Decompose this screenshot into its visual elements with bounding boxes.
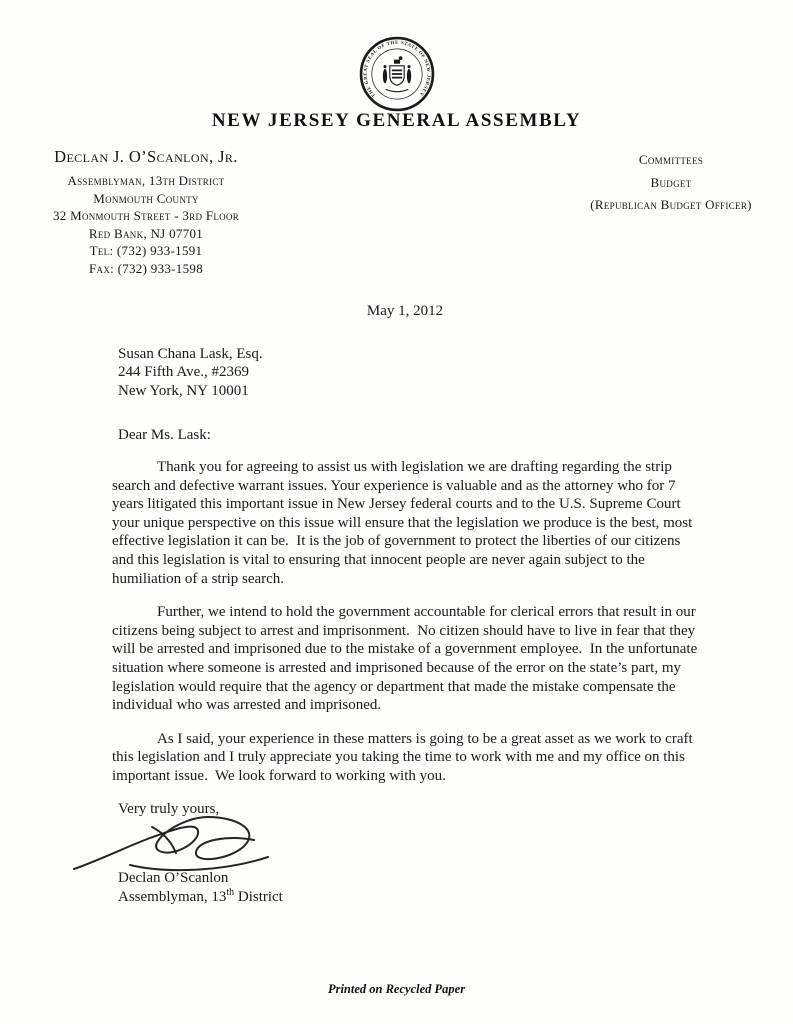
signer-title-pre: Assemblyman, 13 xyxy=(118,889,226,905)
signer-title-post: District xyxy=(234,889,283,905)
recipient-street: 244 Fifth Ave., #2369 xyxy=(118,363,698,382)
letterhead-committees-block: Committees Budget (Republican Budget Off… xyxy=(571,149,771,217)
recipient-name: Susan Chana Lask, Esq. xyxy=(118,345,698,364)
letterhead-sender-block: Declan J. O’Scanlon, Jr. Assemblyman, 13… xyxy=(26,147,266,277)
letter-date: May 1, 2012 xyxy=(112,302,698,321)
salutation: Dear Ms. Lask: xyxy=(118,426,698,445)
sender-street: 32 Monmouth Street - 3rd Floor xyxy=(26,207,266,225)
paragraph-1: Thank you for agreeing to assist us with… xyxy=(112,458,698,588)
sender-title: Assemblyman, 13th District xyxy=(26,172,266,190)
state-seal-icon: THE GREAT SEAL OF THE STATE OF NEW JERSE… xyxy=(358,36,436,112)
recipient-city: New York, NY 10001 xyxy=(118,382,698,401)
recipient-address: Susan Chana Lask, Esq. 244 Fifth Ave., #… xyxy=(118,345,698,401)
scanned-letter-page: THE GREAT SEAL OF THE STATE OF NEW JERSE… xyxy=(0,0,793,1024)
sender-fax: Fax: (732) 933-1598 xyxy=(26,260,266,278)
committee-role: (Republican Budget Officer) xyxy=(571,194,771,217)
committees-heading: Committees xyxy=(571,149,771,172)
sender-city: Red Bank, NJ 07701 xyxy=(26,225,266,243)
signer-title-ordinal: th xyxy=(226,887,234,898)
assembly-title: NEW JERSEY GENERAL ASSEMBLY xyxy=(0,110,793,132)
committee-budget: Budget xyxy=(571,172,771,195)
paragraph-2: Further, we intend to hold the governmen… xyxy=(112,603,698,715)
nj-state-seal: THE GREAT SEAL OF THE STATE OF NEW JERSE… xyxy=(0,36,793,112)
coat-of-arms xyxy=(382,56,410,91)
closing-block: Very truly yours, Declan O’Scanlon Assem… xyxy=(118,800,698,906)
paragraph-3: As I said, your experience in these matt… xyxy=(112,730,698,786)
signer-title: Assemblyman, 13th District xyxy=(118,888,698,907)
sender-tel: Tel: (732) 933-1591 xyxy=(26,242,266,260)
letter-body: May 1, 2012 Susan Chana Lask, Esq. 244 F… xyxy=(112,302,698,906)
svg-text:THE GREAT SEAL OF THE STATE OF: THE GREAT SEAL OF THE STATE OF NEW JERSE… xyxy=(363,41,430,98)
signer-name: Declan O’Scanlon xyxy=(118,869,698,888)
recycled-paper-note: Printed on Recycled Paper xyxy=(0,982,793,997)
seal-text: THE GREAT SEAL OF THE STATE OF NEW JERSE… xyxy=(363,41,430,98)
sender-county: Monmouth County xyxy=(26,190,266,208)
sender-name: Declan J. O’Scanlon, Jr. xyxy=(26,147,266,167)
